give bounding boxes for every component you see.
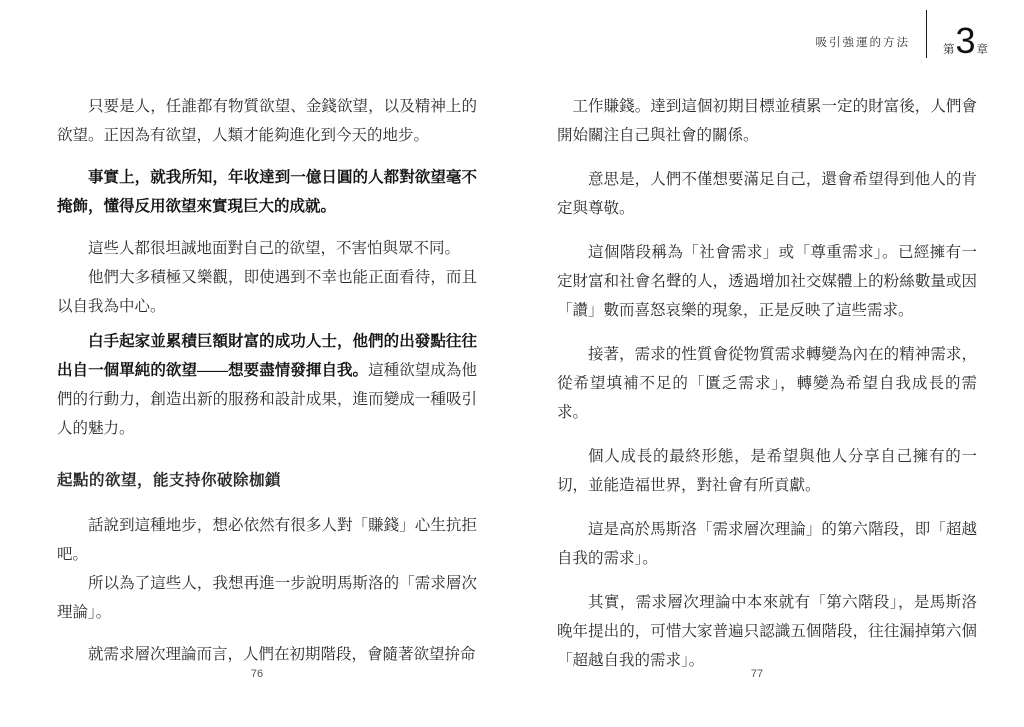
paragraph-continuation: 工作賺錢。達到這個初期目標並積累一定的財富後，人們會開始關注自己與社會的關係。 xyxy=(557,92,977,150)
section-heading: 起點的欲望，能支持你破除枷鎖 xyxy=(57,467,477,495)
left-page-text-column: 只要是人，任誰都有物質欲望、金錢欲望，以及精神上的欲望。正因為有欲望，人類才能夠… xyxy=(57,92,477,669)
chapter-prefix: 第 xyxy=(943,41,955,57)
paragraph: 這是高於馬斯洛「需求層次理論」的第六階段，即「超越自我的需求」。 xyxy=(557,515,977,573)
running-title: 吸引強運的方法 xyxy=(815,18,910,50)
paragraph: 接著，需求的性質會從物質需求轉變為內在的精神需求，從希望填補不足的「匱乏需求」，… xyxy=(557,340,977,427)
chapter-number: 3 xyxy=(955,23,975,59)
header-divider xyxy=(926,10,927,58)
chapter-suffix: 章 xyxy=(977,41,989,57)
paragraph: 個人成長的最終形態，是希望與他人分享自己擁有的一切，並能造福世界，對社會有所貢獻… xyxy=(557,442,977,500)
paragraph: 其實，需求層次理論中本來就有「第六階段」，是馬斯洛晚年提出的，可惜大家普遍只認識… xyxy=(557,588,977,675)
paragraph: 這些人都很坦誠地面對自己的欲望，不害怕與眾不同。 xyxy=(57,234,477,263)
paragraph-mixed: 白手起家並累積巨額財富的成功人士，他們的出發點往往出自一個單純的欲望——想要盡情… xyxy=(57,327,477,443)
page-number-left: 76 xyxy=(47,668,467,680)
paragraph: 話說到這種地步，想必依然有很多人對「賺錢」心生抗拒吧。 xyxy=(57,511,477,569)
page-number-right: 77 xyxy=(547,668,967,680)
paragraph: 意思是，人們不僅想要滿足自己，還會希望得到他人的肯定與尊敬。 xyxy=(557,165,977,223)
paragraph: 這個階段稱為「社會需求」或「尊重需求」。已經擁有一定財富和社會名聲的人，透過增加… xyxy=(557,238,977,325)
paragraph: 他們大多積極又樂觀，即使遇到不幸也能正面看待，而且以自我為中心。 xyxy=(57,263,477,321)
chapter-marker: 第 3 章 xyxy=(943,9,988,59)
running-header: 吸引強運的方法 第 3 章 xyxy=(815,6,988,62)
right-page-text-column: 工作賺錢。達到這個初期目標並積累一定的財富後，人們會開始關注自己與社會的關係。 … xyxy=(557,92,977,675)
paragraph: 就需求層次理論而言，人們在初期階段，會隨著欲望拚命 xyxy=(57,640,477,669)
paragraph-bold: 事實上，就我所知，年收達到一億日圓的人都對欲望毫不掩飾，懂得反用欲望來實現巨大的… xyxy=(57,163,477,221)
paragraph: 只要是人，任誰都有物質欲望、金錢欲望，以及精神上的欲望。正因為有欲望，人類才能夠… xyxy=(57,92,477,150)
paragraph: 所以為了這些人，我想再進一步說明馬斯洛的「需求層次理論」。 xyxy=(57,569,477,627)
